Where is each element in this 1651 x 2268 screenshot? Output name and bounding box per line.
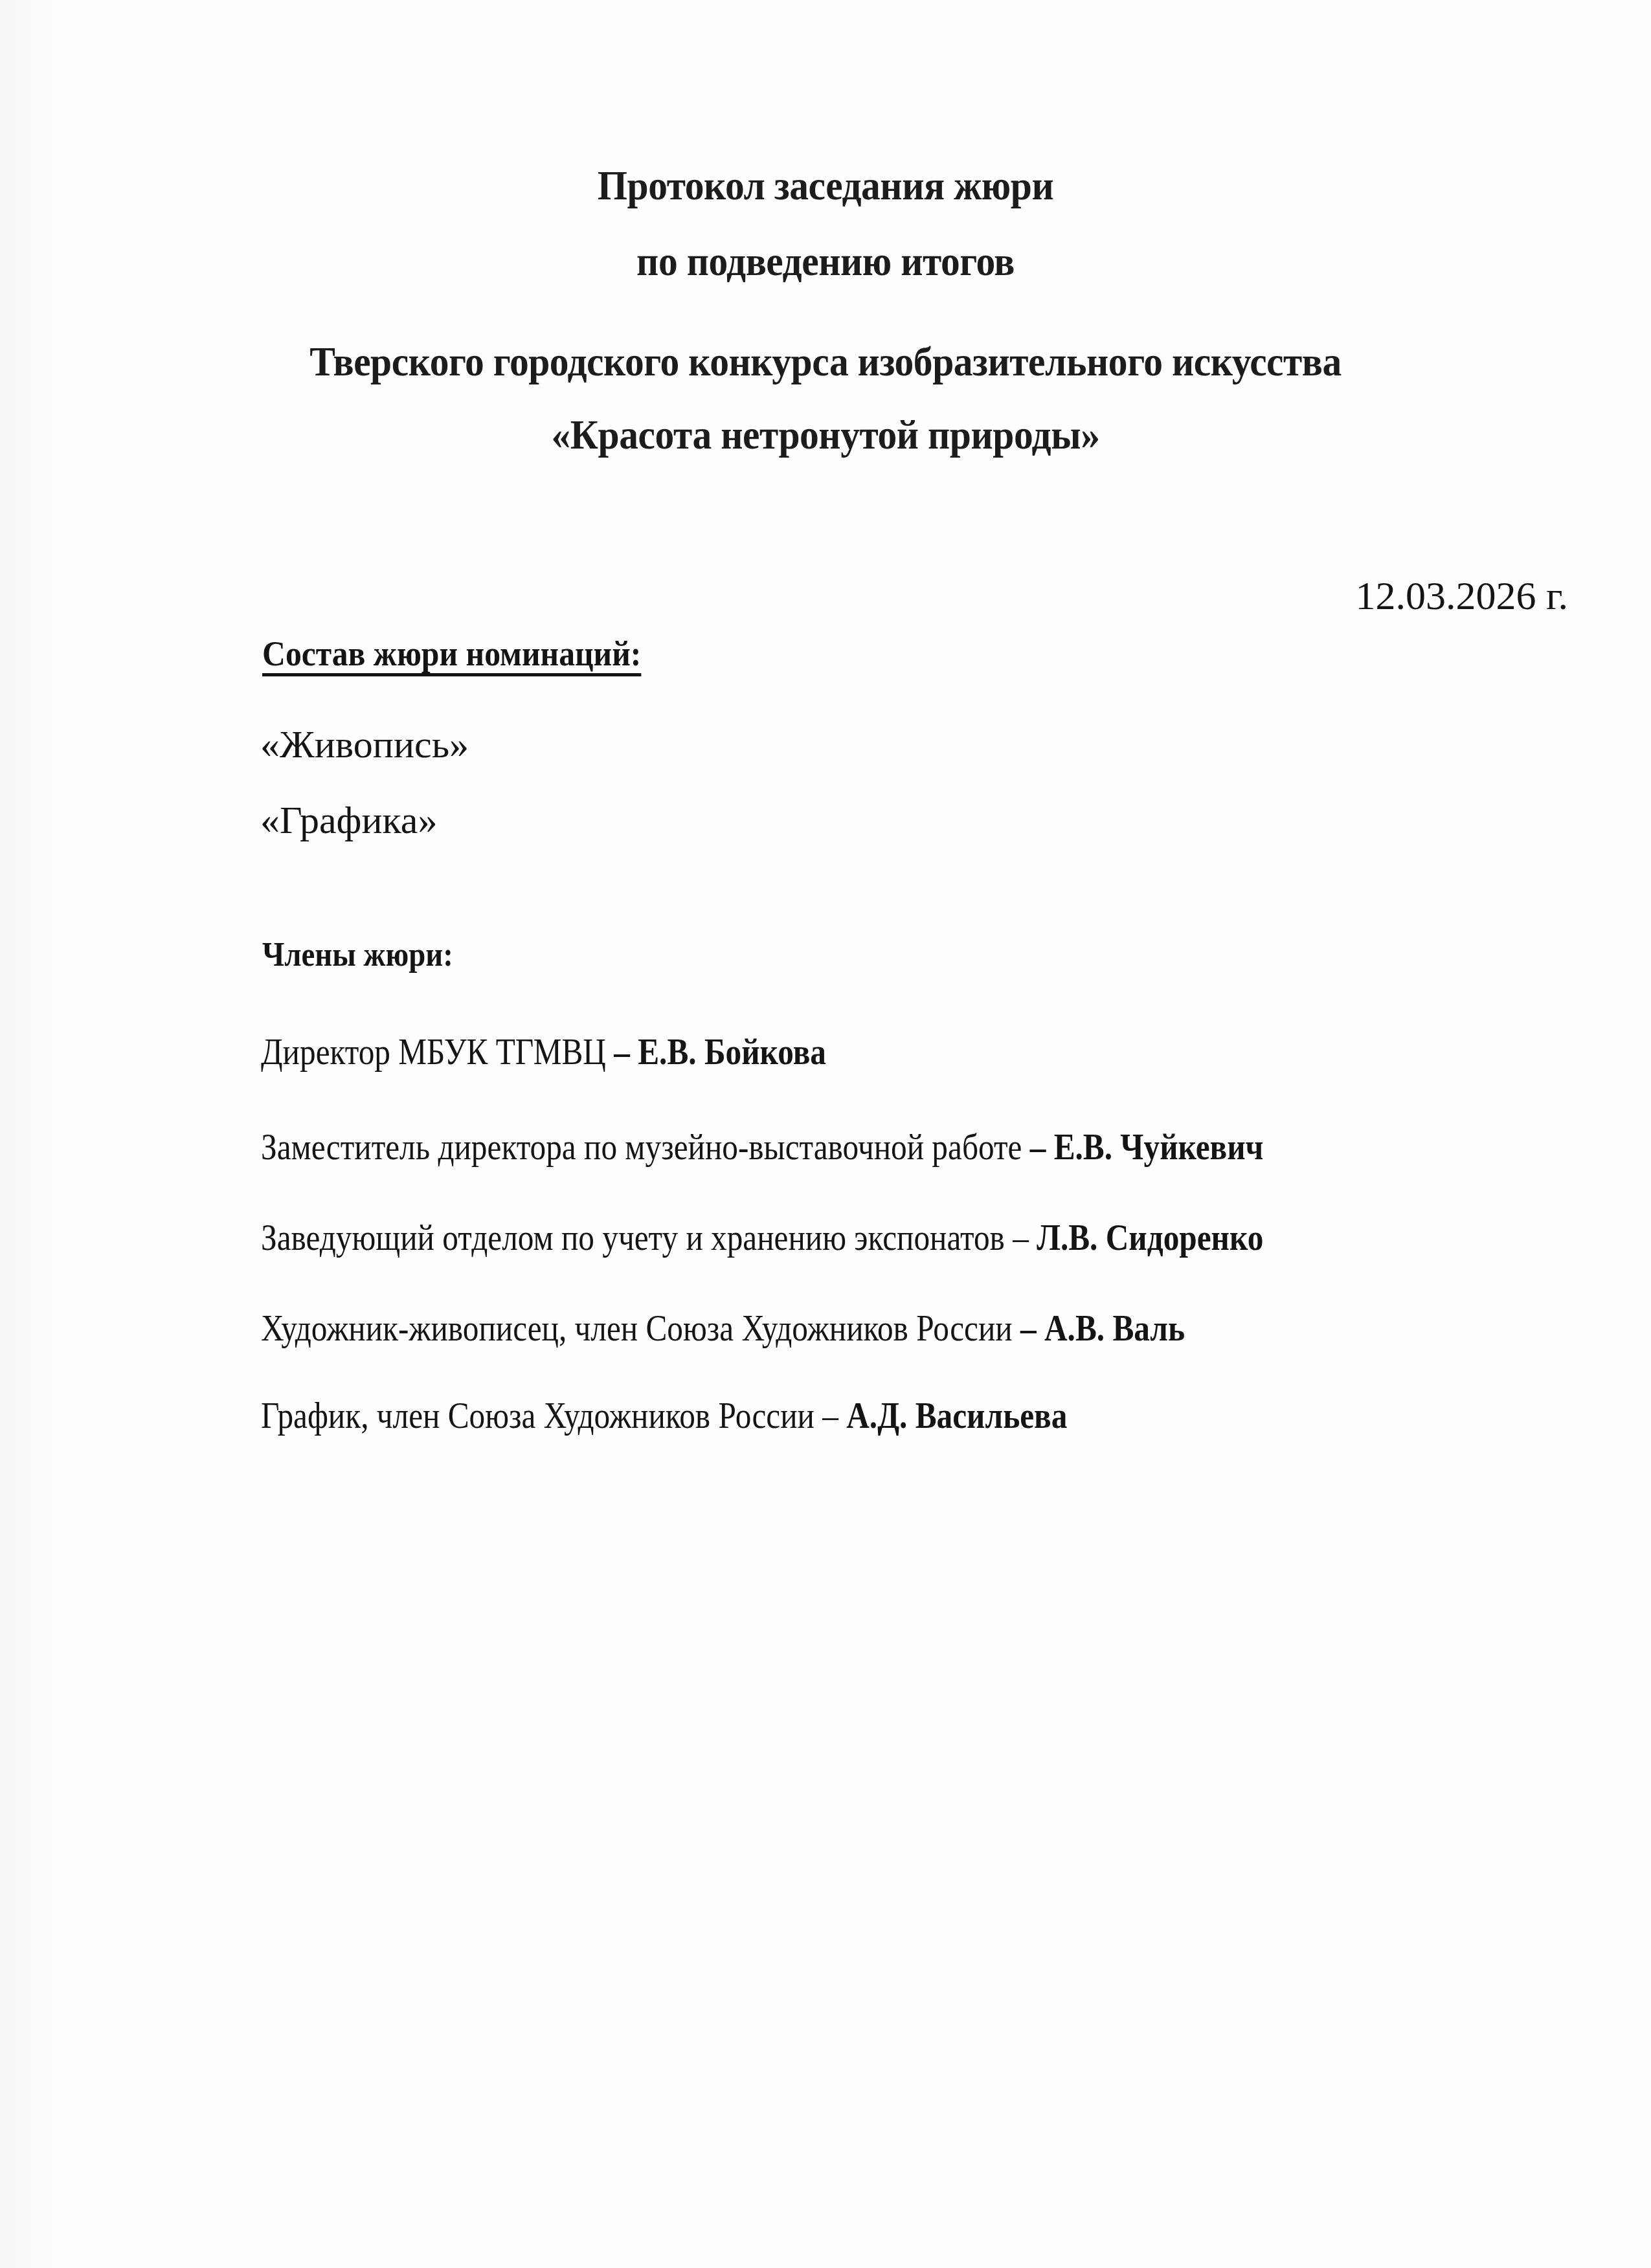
title-line-3: Тверского городского конкурса изобразите…	[58, 341, 1593, 383]
jury-member: Художник-живописец, член Союза Художнико…	[261, 1311, 1185, 1347]
member-separator: –	[1022, 1128, 1053, 1168]
member-position: График, член Союза Художников России	[261, 1396, 814, 1436]
member-separator: –	[1005, 1218, 1037, 1258]
title-line-2: по подведению итогов	[58, 241, 1593, 282]
jury-member: Директор МБУК ТГМВЦ – Е.В. Бойкова	[261, 1034, 826, 1071]
member-separator: –	[814, 1396, 846, 1436]
member-separator: –	[1013, 1309, 1044, 1349]
jury-member: Заведующий отделом по учету и хранению э…	[261, 1220, 1263, 1256]
jury-composition-heading: Состав жюри номинаций:	[262, 636, 641, 671]
scan-edge-shading	[0, 0, 71, 2268]
member-name: Л.В. Сидоренко	[1037, 1218, 1263, 1258]
jury-member: График, член Союза Художников России – А…	[261, 1398, 1067, 1434]
nomination-painting: «Живопись»	[260, 725, 469, 764]
member-position: Директор МБУК ТГМВЦ	[261, 1032, 606, 1073]
member-name: А.Д. Васильева	[846, 1396, 1067, 1436]
document-page: Протокол заседания жюри по подведению ит…	[0, 0, 1651, 2268]
member-separator: –	[606, 1032, 638, 1073]
member-name: А.В. Валь	[1044, 1309, 1185, 1349]
member-position: Заведующий отделом по учету и хранению э…	[261, 1218, 1005, 1258]
member-position: Художник-живописец, член Союза Художнико…	[261, 1309, 1013, 1349]
jury-members-heading: Члены жюри:	[262, 939, 453, 972]
member-position: Заместитель директора по музейно-выставо…	[261, 1128, 1022, 1168]
member-name: Е.В. Бойкова	[638, 1032, 826, 1073]
protocol-date: 12.03.2026 г.	[1356, 576, 1568, 616]
title-line-4: «Красота нетронутой природы»	[58, 414, 1593, 456]
title-line-1: Протокол заседания жюри	[58, 165, 1593, 206]
nomination-graphics: «Графика»	[260, 801, 437, 839]
member-name: Е.В. Чуйкевич	[1054, 1128, 1264, 1168]
jury-member: Заместитель директора по музейно-выставо…	[261, 1129, 1263, 1166]
